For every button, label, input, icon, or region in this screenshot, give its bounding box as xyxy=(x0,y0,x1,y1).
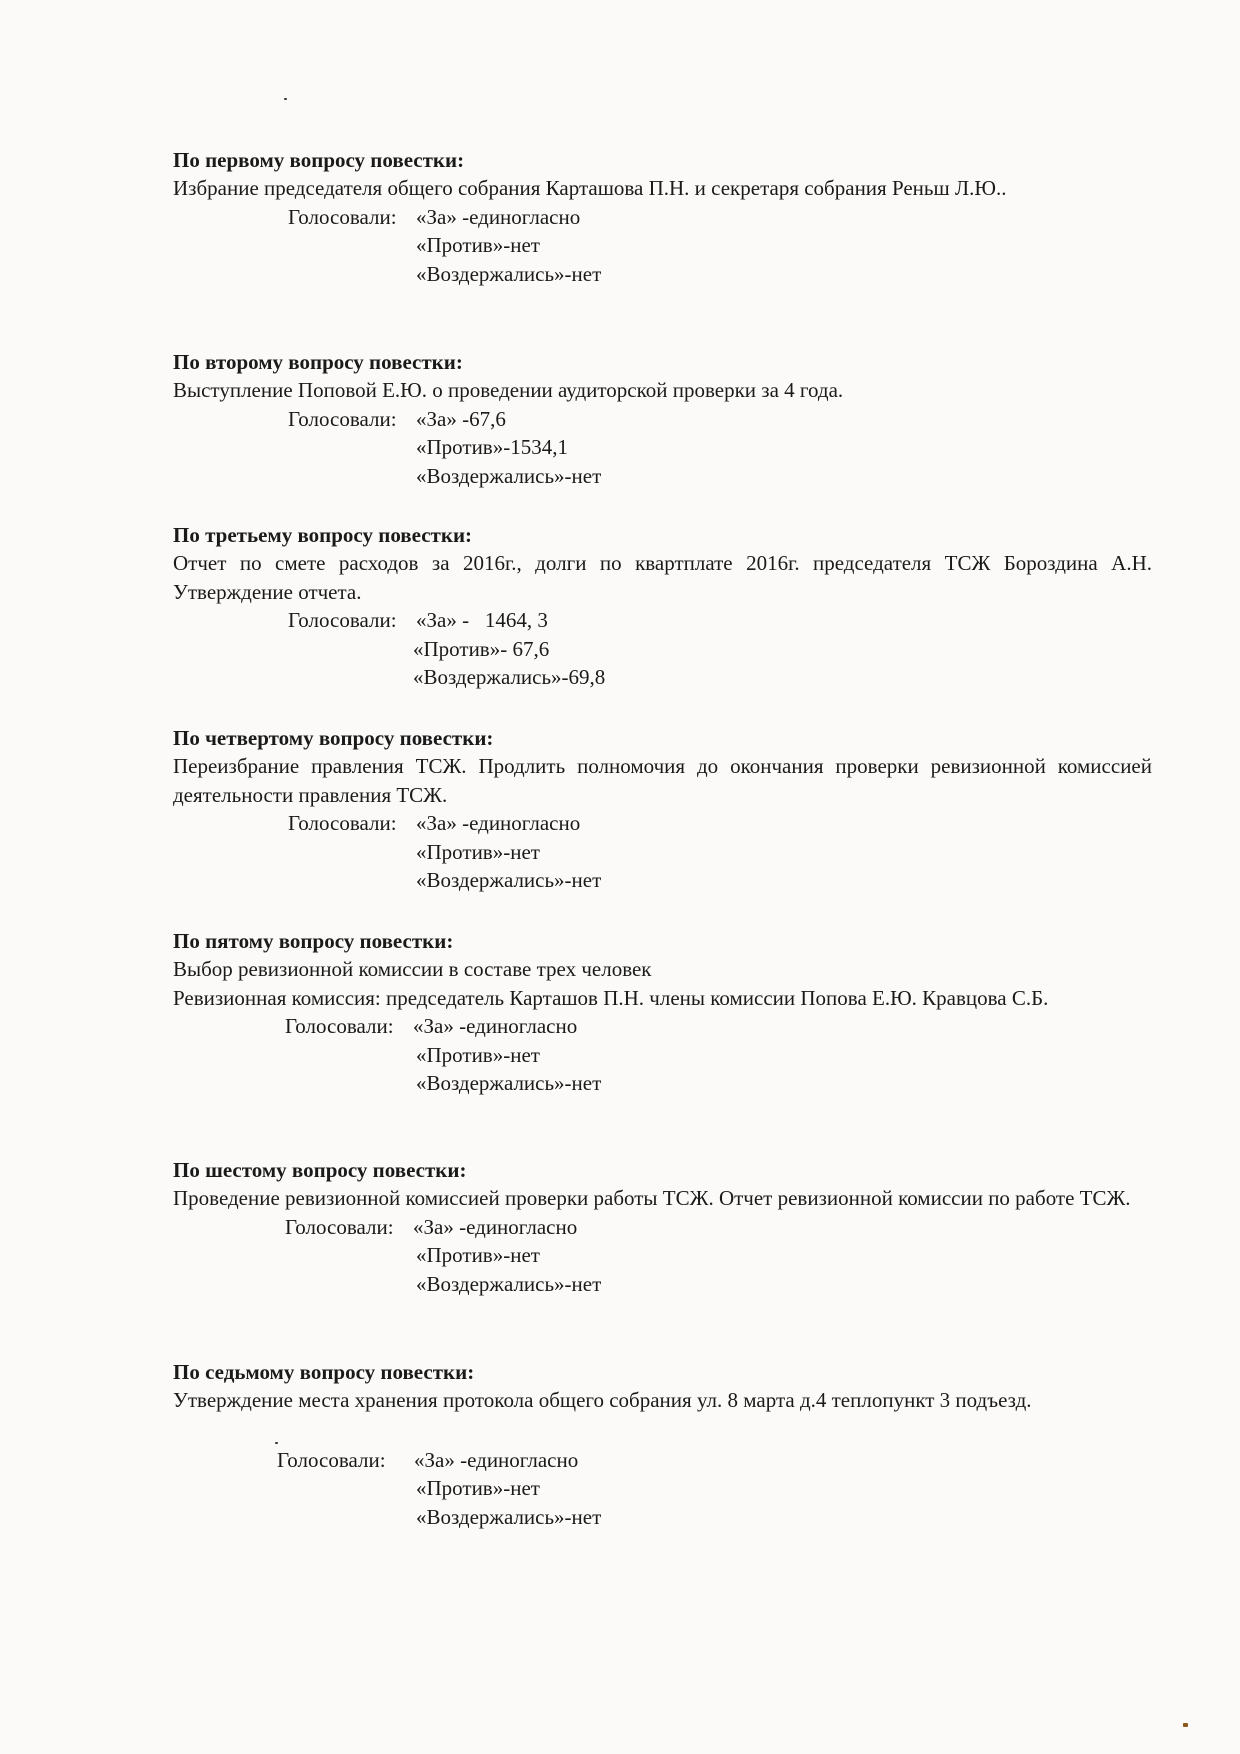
agenda-section-4: По четвертому вопросу повестки: Переизбр… xyxy=(173,724,1152,895)
section-header: По пятому вопросу повестки: xyxy=(173,927,1152,955)
section-body-line-2: Ревизионная комиссия: председатель Карта… xyxy=(173,984,1152,1013)
vote-vozderzh: «Воздержались»-нет xyxy=(416,1270,601,1299)
vote-label: Голосовали: xyxy=(288,405,397,434)
vote-results: Голосовали:«За» -единогласно «Против»-не… xyxy=(173,1446,1152,1532)
section-body-line-1: Выбор ревизионной комиссии в составе тре… xyxy=(173,955,1152,984)
section-header: По шестому вопросу повестки: xyxy=(173,1156,1152,1184)
vote-vozderzh: «Воздержались»-нет xyxy=(416,462,601,491)
vote-label: Голосовали: xyxy=(288,203,397,232)
scan-speck xyxy=(1183,1723,1188,1727)
section-body: Проведение ревизионной комиссией проверк… xyxy=(173,1184,1152,1213)
agenda-section-2: По второму вопросу повестки: Выступление… xyxy=(173,348,1152,490)
vote-vozderzh: «Воздержались»-нет xyxy=(416,260,601,289)
scan-speck xyxy=(284,98,287,100)
vote-za: «За» -единогласно xyxy=(416,203,580,232)
agenda-section-1: По первому вопросу повестки: Избрание пр… xyxy=(173,146,1152,288)
vote-protiv: «Против»-нет xyxy=(416,1241,540,1270)
scan-speck xyxy=(275,1442,278,1444)
section-body: Избрание председателя общего собрания Ка… xyxy=(173,174,1152,203)
vote-za: «За» - 1464, 3 xyxy=(416,606,548,635)
vote-results: Голосовали:«За» -67,6 «Против»-1534,1 «В… xyxy=(173,405,1152,491)
vote-za: «За» -единогласно xyxy=(414,1446,578,1475)
vote-za: «За» -единогласно xyxy=(413,1012,577,1041)
vote-vozderzh: «Воздержались»-нет xyxy=(416,866,601,895)
vote-protiv: «Против»-нет xyxy=(416,1474,540,1503)
section-body: Переизбрание правления ТСЖ. Продлить пол… xyxy=(173,752,1152,809)
vote-results: Голосовали:«За» -единогласно «Против»-не… xyxy=(173,1012,1152,1098)
section-header: По третьему вопросу повестки: xyxy=(173,521,1152,549)
vote-results: Голосовали:«За» -единогласно «Против»-не… xyxy=(173,1213,1152,1299)
vote-za: «За» -единогласно xyxy=(413,1213,577,1242)
agenda-section-5: По пятому вопросу повестки: Выбор ревизи… xyxy=(173,927,1152,1098)
vote-results: Голосовали:«За» - 1464, 3 «Против»- 67,6… xyxy=(173,606,1152,692)
vote-za: «За» -67,6 xyxy=(416,405,506,434)
vote-vozderzh: «Воздержались»-нет xyxy=(416,1069,601,1098)
vote-protiv: «Против»- 67,6 xyxy=(413,635,549,664)
agenda-section-7: По седьмому вопросу повестки: Утверждени… xyxy=(173,1358,1152,1531)
vote-label: Голосовали: xyxy=(288,606,397,635)
section-header: По четвертому вопросу повестки: xyxy=(173,724,1152,752)
section-body: Выступление Поповой Е.Ю. о проведении ау… xyxy=(173,376,1152,405)
vote-label: Голосовали: xyxy=(285,1012,394,1041)
vote-protiv: «Против»-нет xyxy=(416,1041,540,1070)
section-body: Утверждение места хранения протокола общ… xyxy=(173,1386,1152,1415)
agenda-section-3: По третьему вопросу повестки: Отчет по с… xyxy=(173,521,1152,692)
vote-results: Голосовали:«За» -единогласно «Против»-не… xyxy=(173,809,1152,895)
vote-label: Голосовали: xyxy=(277,1446,386,1475)
vote-protiv: «Против»-нет xyxy=(416,231,540,260)
vote-label: Голосовали: xyxy=(285,1213,394,1242)
vote-protiv: «Против»-нет xyxy=(416,838,540,867)
section-header: По второму вопросу повестки: xyxy=(173,348,1152,376)
vote-label: Голосовали: xyxy=(288,809,397,838)
section-header: По седьмому вопросу повестки: xyxy=(173,1358,1152,1386)
vote-results: Голосовали:«За» -единогласно «Против»-не… xyxy=(173,203,1152,289)
scanned-page: По первому вопросу повестки: Избрание пр… xyxy=(0,0,1240,1754)
section-body: Отчет по смете расходов за 2016г., долги… xyxy=(173,549,1152,606)
vote-vozderzh: «Воздержались»-69,8 xyxy=(413,663,605,692)
vote-vozderzh: «Воздержались»-нет xyxy=(416,1503,601,1532)
vote-protiv: «Против»-1534,1 xyxy=(416,433,568,462)
agenda-section-6: По шестому вопросу повестки: Проведение … xyxy=(173,1156,1152,1298)
section-header: По первому вопросу повестки: xyxy=(173,146,1152,174)
vote-za: «За» -единогласно xyxy=(416,809,580,838)
